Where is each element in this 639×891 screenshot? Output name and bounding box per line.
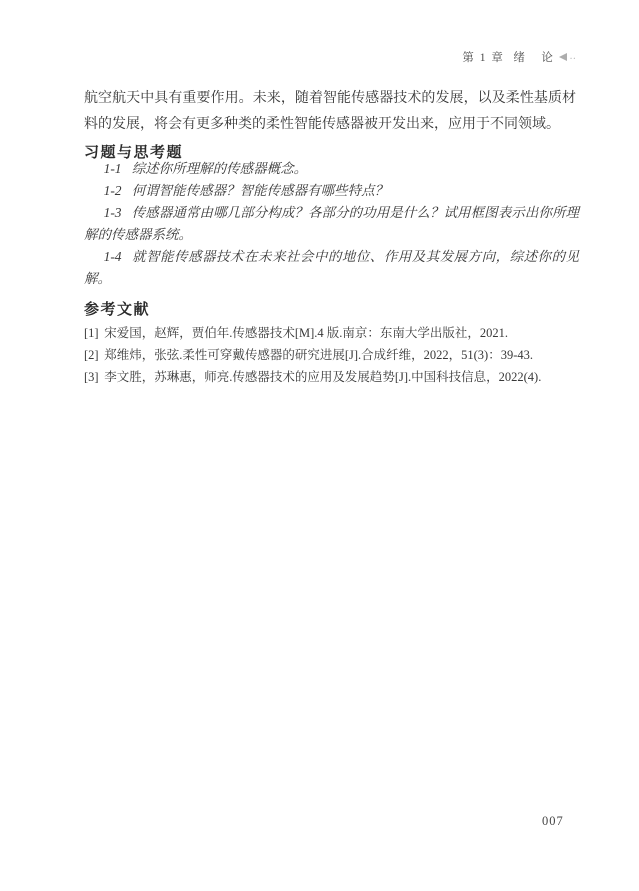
reference-text: 郑维炜，张弦.柔性可穿戴传感器的研究进展[J].合成纤维，2022，51(3)：…: [104, 348, 533, 362]
exercise-number: 1-4: [104, 249, 122, 264]
body-paragraph: 航空航天中具有重要作用。未来，随着智能传感器技术的发展，以及柔性基质材料的发展，…: [84, 86, 576, 138]
exercise-item: 1-4就智能传感器技术在未来社会中的地位、作用及其发展方向，综述你的见解。: [84, 246, 579, 290]
reference-text: 宋爱国，赵辉，贾伯年.传感器技术[M].4 版.南京：东南大学出版社，2021.: [104, 326, 508, 340]
running-header: 第 1 章 绪 论 ‥: [462, 49, 578, 65]
reference-label: [1]: [84, 326, 99, 340]
exercise-number: 1-1: [104, 161, 122, 176]
chapter-title-char-2: 论: [541, 49, 554, 65]
exercise-list: 1-1综述你所理解的传感器概念。 1-2何谓智能传感器？智能传感器有哪些特点？ …: [84, 158, 579, 290]
left-triangle-icon: [559, 53, 567, 61]
exercise-number: 1-2: [104, 183, 122, 198]
exercise-text: 综述你所理解的传感器概念。: [132, 161, 308, 176]
exercise-text: 就智能传感器技术在未来社会中的地位、作用及其发展方向，综述你的见解。: [84, 249, 579, 286]
reference-list: [1]宋爱国，赵辉，贾伯年.传感器技术[M].4 版.南京：东南大学出版社，20…: [84, 322, 584, 388]
reference-item: [2]郑维炜，张弦.柔性可穿戴传感器的研究进展[J].合成纤维，2022，51(…: [84, 344, 584, 366]
references-heading: 参考文献: [84, 298, 150, 319]
reference-item: [1]宋爱国，赵辉，贾伯年.传感器技术[M].4 版.南京：东南大学出版社，20…: [84, 322, 584, 344]
reference-item: [3]李文胜，苏琳惠，师亮.传感器技术的应用及发展趋势[J].中国科技信息，20…: [84, 366, 584, 388]
exercise-text: 传感器通常由哪几部分构成？各部分的功用是什么？试用框图表示出你所理解的传感器系统…: [84, 205, 579, 242]
reference-label: [3]: [84, 370, 99, 384]
chapter-title-char-1: 绪: [513, 49, 526, 65]
page-number: 007: [542, 814, 564, 829]
exercise-item: 1-1综述你所理解的传感器概念。: [84, 158, 579, 180]
book-page: 第 1 章 绪 论 ‥ 航空航天中具有重要作用。未来，随着智能传感器技术的发展，…: [0, 0, 639, 891]
reference-label: [2]: [84, 348, 99, 362]
chapter-label: 第 1 章: [462, 49, 504, 65]
exercise-item: 1-3传感器通常由哪几部分构成？各部分的功用是什么？试用框图表示出你所理解的传感…: [84, 202, 579, 246]
reference-text: 李文胜，苏琳惠，师亮.传感器技术的应用及发展趋势[J].中国科技信息，2022(…: [104, 370, 541, 384]
exercise-number: 1-3: [104, 205, 122, 220]
header-arrow-icon: ‥: [559, 52, 578, 62]
exercise-text: 何谓智能传感器？智能传感器有哪些特点？: [132, 183, 389, 198]
arrow-trailing-dots: ‥: [569, 52, 578, 62]
exercise-item: 1-2何谓智能传感器？智能传感器有哪些特点？: [84, 180, 579, 202]
